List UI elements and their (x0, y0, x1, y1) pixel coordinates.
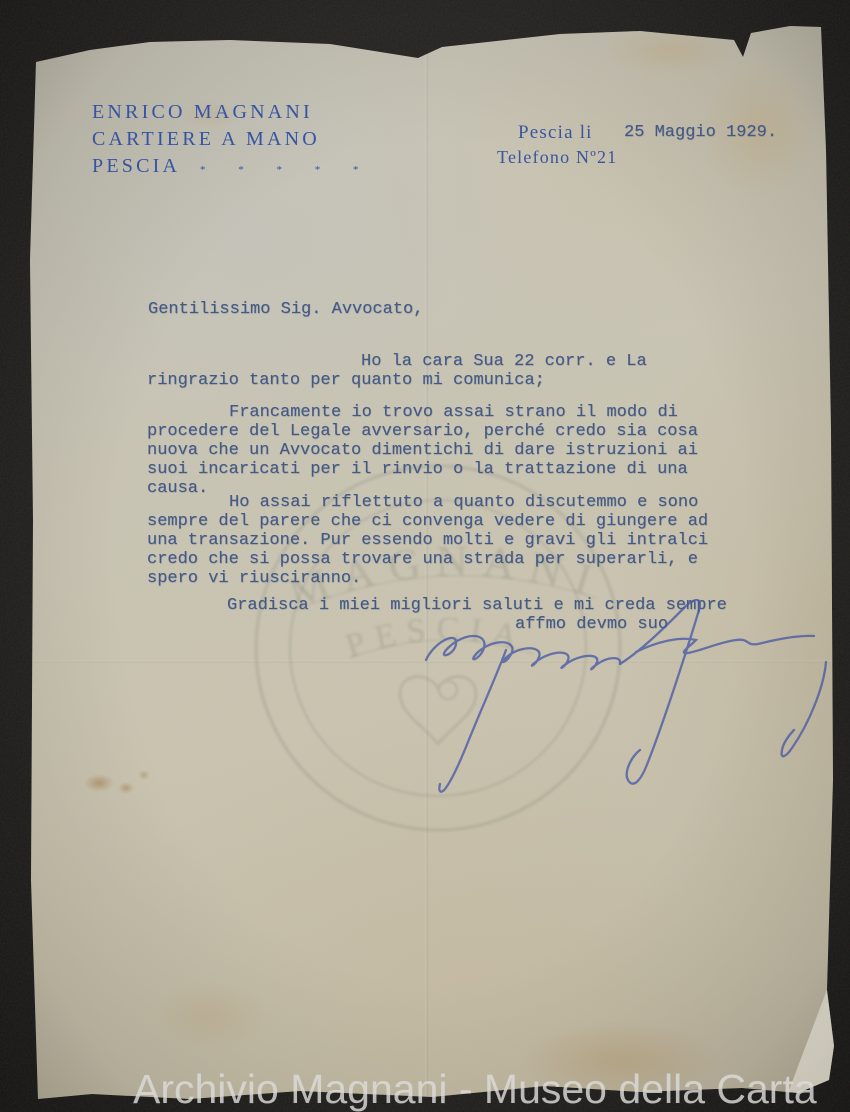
closing-line: Gradisca i miei migliori saluti e mi cre… (227, 596, 727, 615)
letter-line: Ho la cara Sua 22 corr. e La (361, 352, 647, 371)
letter-line: sempre del parere che ci convenga vedere… (147, 512, 708, 531)
scanned-letter-photo: MAGNANI PESCIA ENRICO MAGNANI CARTIERE A… (0, 0, 850, 1112)
letter-line: Francamente io trovo assai strano il mod… (229, 403, 678, 422)
letter-line: una transazione. Pur essendo molti e gra… (147, 531, 708, 550)
salutation-line: Gentilissimo Sig. Avvocato, (148, 300, 423, 319)
foxing-stain (118, 782, 134, 794)
letter-line: nuova che un Avvocato dimentichi di dare… (147, 441, 698, 460)
letter-line: causa. (147, 479, 208, 498)
dateline-phone: Telefono Nº21 (497, 147, 617, 168)
letter-line: procedere del Legale avversario, perché … (147, 422, 698, 441)
dateline-place: Pescia li (518, 122, 593, 144)
letterhead-name: ENRICO MAGNANI (92, 101, 313, 124)
letter-line: spero vi riusciranno. (147, 569, 361, 588)
archive-caption: Archivio Magnani - Museo della Carta (133, 1066, 817, 1112)
letterhead-city: PESCIA (92, 155, 180, 178)
letter-line: Ho assai riflettuto a quanto discutemmo … (229, 493, 698, 512)
foxing-stain (138, 770, 150, 780)
foxing-stain (84, 774, 114, 792)
horizontal-fold-crease (32, 660, 832, 663)
letter-line: suoi incaricati per il rinvio o la tratt… (147, 460, 688, 479)
letterhead-business: CARTIERE A MANO (92, 128, 320, 151)
letter-paper-sheet: MAGNANI PESCIA ENRICO MAGNANI CARTIERE A… (0, 0, 850, 1112)
age-stain (150, 980, 270, 1050)
letter-line: ringrazio tanto per quanto mi comunica; (147, 371, 545, 390)
dateline-typed-date: 25 Maggio 1929. (624, 123, 777, 142)
closing-line: affmo devmo suo (515, 615, 668, 634)
letter-line: credo che si possa trovare una strada pe… (147, 550, 698, 569)
letterhead-ornaments: * * * * * (200, 164, 374, 176)
